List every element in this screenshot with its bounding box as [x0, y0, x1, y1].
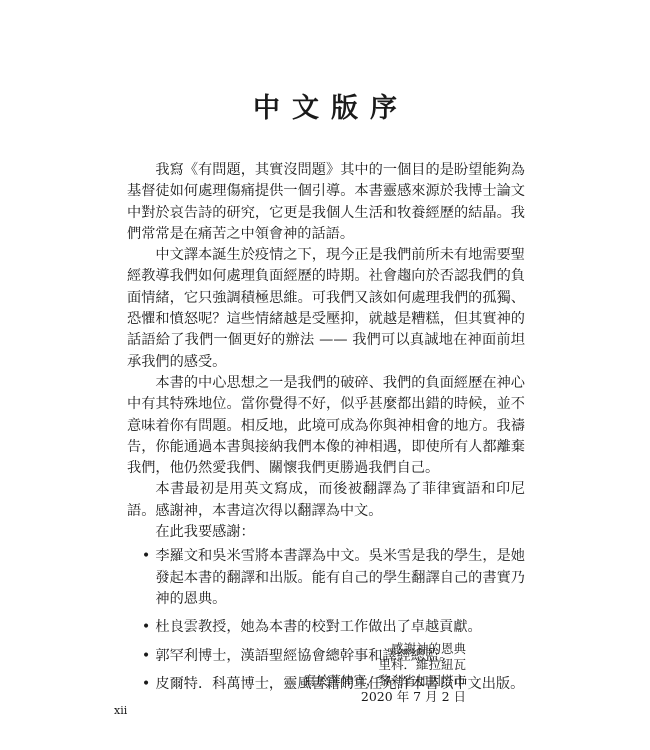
signature-block: 感謝神的恩典 里科．維拉紐瓦 寫於菲律賓，黎剎省加因塔市 2020 年 7 月 … [303, 641, 466, 705]
thanks-item-text: 李羅文和吳米雪將本書譯為中文。吳米雪是我的學生，是她發起本書的翻譯和出版。能有自… [155, 548, 525, 607]
bullet-icon: • [142, 646, 150, 667]
signature-date: 2020 年 7 月 2 日 [303, 689, 466, 705]
signature-location: 寫於菲律賓，黎剎省加因塔市 [303, 673, 466, 689]
thanks-item: • 李羅文和吳米雪將本書譯為中文。吳米雪是我的學生，是她發起本書的翻譯和出版。能… [127, 546, 525, 610]
signature-author: 里科．維拉紐瓦 [303, 657, 466, 673]
signature-line-1: 感謝神的恩典 [303, 641, 466, 657]
thanks-item: • 杜良雲教授，她為本書的校對工作做出了卓越貢獻。 [127, 617, 525, 638]
page-number: xii [114, 704, 127, 717]
paragraph-2: 中文譯本誕生於疫情之下，現今正是我們前所未有地需要聖經教導我們如何處理負面經歷的… [127, 245, 525, 373]
page-title: 中文版序 [0, 86, 650, 125]
bullet-icon: • [142, 674, 150, 695]
thanks-item-text: 杜良雲教授，她為本書的校對工作做出了卓越貢獻。 [155, 619, 481, 635]
thanks-intro: 在此我要感謝： [127, 522, 525, 543]
paragraph-3: 本書的中心思想之一是我們的破碎、我們的負面經歷在神心中有其特殊地位。當你覺得不好… [127, 373, 525, 479]
preface-body: 我寫《有問題，其實沒問題》其中的一個目的是盼望能夠為基督徒如何處理傷痛提供一個引… [127, 160, 525, 702]
paragraph-1: 我寫《有問題，其實沒問題》其中的一個目的是盼望能夠為基督徒如何處理傷痛提供一個引… [127, 160, 525, 245]
paragraph-4: 本書最初是用英文寫成，而後被翻譯為了菲律賓語和印尼語。感謝神，本書這次得以翻譯為… [127, 479, 525, 522]
bullet-icon: • [142, 546, 150, 567]
bullet-icon: • [142, 617, 150, 638]
